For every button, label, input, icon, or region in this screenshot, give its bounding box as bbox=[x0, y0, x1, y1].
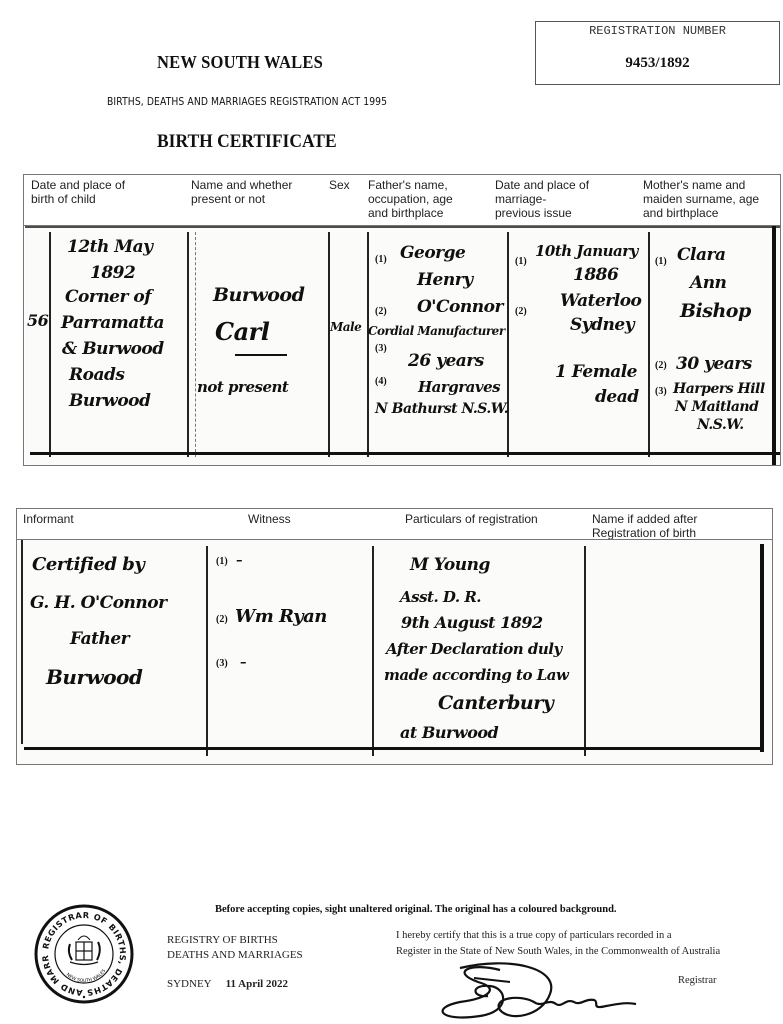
column-rule bbox=[648, 232, 650, 457]
particulars-line: M Young bbox=[410, 554, 490, 576]
field-label: (1) bbox=[515, 256, 527, 267]
column-header-sex: Sex bbox=[329, 178, 350, 192]
issue-city: SYDNEY bbox=[167, 978, 212, 990]
informant-line: Father bbox=[70, 628, 129, 650]
column-header-father: Father's name, occupation, age and birth… bbox=[368, 178, 453, 220]
birth-date-day: 12th May bbox=[67, 236, 153, 258]
field-label: (3) bbox=[375, 343, 387, 354]
header-line: Name and whether bbox=[191, 178, 292, 192]
column-header-marriage: Date and place of marriage- previous iss… bbox=[495, 178, 589, 220]
column-header-particulars: Particulars of registration bbox=[405, 512, 538, 526]
header-line: Particulars of registration bbox=[405, 512, 538, 526]
registrar-signature bbox=[430, 958, 670, 1024]
father-name-line: Henry bbox=[417, 269, 473, 291]
header-line: Sex bbox=[329, 178, 350, 192]
seal-icon: REGISTRAR OF BIRTHS, DEATHS AND MARRIAGE… bbox=[34, 904, 134, 1004]
father-name-line: George bbox=[400, 242, 465, 264]
mother-name-line: Clara bbox=[677, 244, 725, 266]
registration-number-label: REGISTRATION NUMBER bbox=[536, 24, 779, 38]
column-rule bbox=[372, 546, 374, 756]
column-rule bbox=[584, 546, 586, 756]
father-birthplace-line: Hargraves bbox=[418, 376, 500, 398]
field-label: (1) bbox=[655, 256, 667, 267]
scan-right-rule bbox=[760, 544, 764, 752]
header-line: Name if added after bbox=[592, 512, 697, 526]
column-rule bbox=[328, 232, 330, 457]
registrar-seal: REGISTRAR OF BIRTHS, DEATHS AND MARRIAGE… bbox=[34, 904, 134, 1004]
birth-place-line: Corner of bbox=[65, 286, 151, 308]
header-line: previous issue bbox=[495, 206, 589, 220]
informant-line: Certified by bbox=[32, 554, 144, 576]
row-number: 56 bbox=[27, 310, 48, 332]
mother-name-line: Ann bbox=[690, 272, 726, 294]
mother-age: 30 years bbox=[676, 353, 752, 375]
father-occupation: Cordial Manufacturer bbox=[368, 320, 505, 342]
issue-date: 11 April 2022 bbox=[226, 978, 288, 990]
header-line: and birthplace bbox=[368, 206, 453, 220]
scan-top-rule bbox=[25, 226, 780, 228]
father-birthplace-line: N Bathurst N.S.W. bbox=[375, 398, 508, 420]
issue-location-date: SYDNEY11 April 2022 bbox=[167, 978, 288, 990]
act-reference: BIRTHS, DEATHS AND MARRIAGES REGISTRATIO… bbox=[107, 96, 387, 108]
witness-value: Wm Ryan bbox=[235, 606, 327, 628]
birth-date-year: 1892 bbox=[90, 262, 135, 284]
registry-line: DEATHS AND MARRIAGES bbox=[167, 948, 303, 963]
certification-statement: I hereby certify that this is a true cop… bbox=[396, 928, 720, 960]
scan-bottom-rule bbox=[24, 747, 762, 750]
mother-name-line: Bishop bbox=[680, 300, 751, 322]
particulars-line: 9th August 1892 bbox=[401, 612, 543, 634]
registration-particulars-table: Informant Witness Particulars of registr… bbox=[16, 508, 773, 765]
birth-place-line: & Burwood bbox=[62, 338, 164, 360]
field-label: (2) bbox=[515, 306, 527, 317]
name-underline bbox=[235, 354, 287, 356]
particulars-line: After Declaration duly bbox=[386, 638, 562, 660]
column-header-witness: Witness bbox=[248, 512, 291, 526]
column-rule bbox=[206, 546, 208, 756]
scan-right-rule bbox=[772, 226, 776, 465]
header-line: Registration of birth bbox=[592, 526, 697, 540]
header-line: Mother's name and bbox=[643, 178, 759, 192]
header-line: birth of child bbox=[31, 192, 125, 206]
child-given-name: Carl bbox=[215, 318, 269, 346]
particulars-line: made according to Law bbox=[384, 664, 568, 686]
field-label: (1) bbox=[216, 556, 228, 567]
header-line: Date and place of bbox=[31, 178, 125, 192]
field-label: (2) bbox=[216, 614, 228, 625]
column-header-informant: Informant bbox=[23, 512, 74, 526]
column-header-name: Name and whether present or not bbox=[191, 178, 292, 206]
child-name-line: Burwood bbox=[213, 284, 304, 306]
marriage-place-line: Waterloo bbox=[560, 290, 641, 312]
marriage-date-day: 10th January bbox=[535, 240, 638, 262]
present-status: not present bbox=[197, 376, 288, 398]
authenticity-notice: Before accepting copies, sight unaltered… bbox=[215, 904, 617, 915]
header-line: and birthplace bbox=[643, 206, 759, 220]
column-header-mother: Mother's name and maiden surname, age an… bbox=[643, 178, 759, 220]
state-title: NEW SOUTH WALES bbox=[157, 52, 323, 73]
previous-issue: 1 Female bbox=[555, 361, 637, 383]
column-rule bbox=[187, 232, 189, 457]
field-label: (3) bbox=[655, 386, 667, 397]
column-rule bbox=[21, 540, 23, 744]
birth-place-line: Roads bbox=[69, 364, 124, 386]
field-label: (3) bbox=[216, 658, 228, 669]
column-rule bbox=[367, 232, 369, 457]
registrar-label: Registrar bbox=[678, 975, 717, 986]
header-line: Date and place of bbox=[495, 178, 589, 192]
field-label: (4) bbox=[375, 376, 387, 387]
father-name-line: O'Connor bbox=[417, 296, 503, 318]
header-line: Father's name, bbox=[368, 178, 453, 192]
scan-bottom-rule bbox=[30, 452, 780, 455]
scanned-register-entry: 56 12th May 1892 Corner of Parramatta & … bbox=[25, 226, 780, 465]
particulars-line: at Burwood bbox=[400, 722, 498, 744]
column-rule bbox=[195, 232, 196, 457]
marriage-place-line: Sydney bbox=[570, 314, 634, 336]
signature-icon bbox=[430, 958, 670, 1024]
document-title: BIRTH CERTIFICATE bbox=[157, 131, 337, 153]
birth-particulars-table: Date and place of birth of child Name an… bbox=[23, 174, 781, 466]
field-label: (1) bbox=[375, 254, 387, 265]
sex-value: Male bbox=[330, 316, 361, 338]
header-line: maiden surname, age bbox=[643, 192, 759, 206]
birth-place-line: Burwood bbox=[69, 390, 150, 412]
header-line: Witness bbox=[248, 512, 291, 526]
witness-value: – bbox=[236, 550, 242, 572]
certify-line: I hereby certify that this is a true cop… bbox=[396, 928, 720, 944]
particulars-line: Canterbury bbox=[438, 692, 553, 714]
header-line: occupation, age bbox=[368, 192, 453, 206]
column-header-date-place: Date and place of birth of child bbox=[31, 178, 125, 206]
column-rule bbox=[49, 232, 51, 457]
birth-place-line: Parramatta bbox=[61, 312, 164, 334]
marriage-date-year: 1886 bbox=[573, 264, 618, 286]
previous-issue: dead bbox=[595, 386, 639, 408]
field-label: (2) bbox=[375, 306, 387, 317]
witness-value: – bbox=[240, 652, 246, 674]
informant-line: Burwood bbox=[46, 666, 142, 688]
header-line: Informant bbox=[23, 512, 74, 526]
column-rule bbox=[507, 232, 509, 457]
father-age: 26 years bbox=[408, 350, 484, 372]
header-line: present or not bbox=[191, 192, 292, 206]
registry-name: REGISTRY OF BIRTHS DEATHS AND MARRIAGES bbox=[167, 933, 303, 963]
registration-number-box: REGISTRATION NUMBER 9453/1892 bbox=[535, 21, 780, 85]
particulars-line: Asst. D. R. bbox=[400, 586, 481, 608]
column-header-name-added: Name if added after Registration of birt… bbox=[592, 512, 697, 540]
informant-line: G. H. O'Connor bbox=[30, 592, 167, 614]
registry-line: REGISTRY OF BIRTHS bbox=[167, 933, 303, 948]
field-label: (2) bbox=[655, 360, 667, 371]
registration-number: 9453/1892 bbox=[536, 55, 779, 72]
scanned-registration-entry: Certified by G. H. O'Connor Father Burwo… bbox=[18, 540, 772, 764]
header-line: marriage- bbox=[495, 192, 589, 206]
mother-birthplace-line: N.S.W. bbox=[697, 414, 744, 436]
